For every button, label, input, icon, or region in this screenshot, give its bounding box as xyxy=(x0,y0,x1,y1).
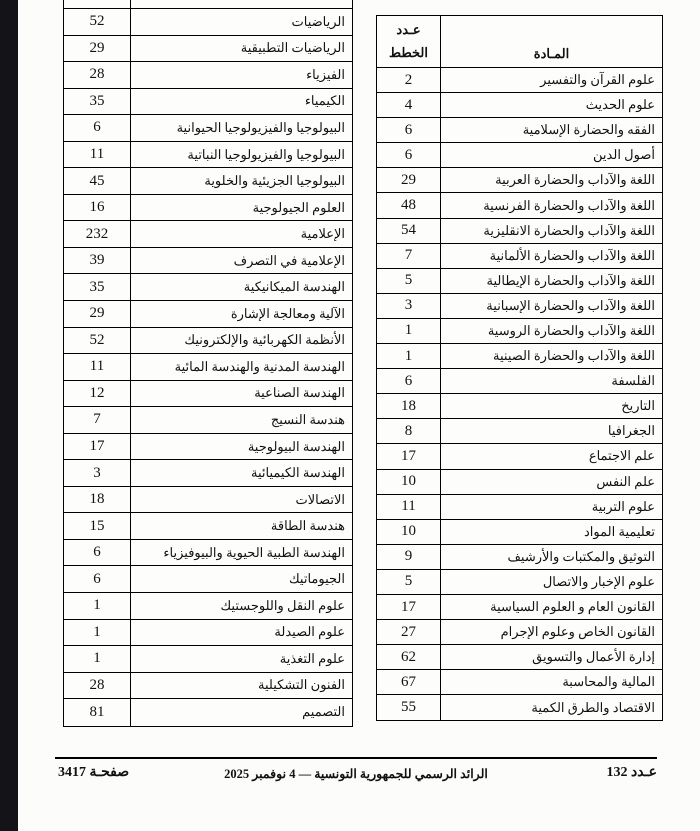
subject-cell: البيولوجيا والفيزيولوجيا الحيوانية xyxy=(131,115,352,141)
subject-cell: علوم القرآن والتفسير xyxy=(441,68,662,92)
positions-count-cell: 12 xyxy=(64,381,131,407)
positions-count-cell: 62 xyxy=(377,645,441,669)
table-row: 16العلوم الجيولوجية xyxy=(64,195,352,222)
table-row: 17القانون العام و العلوم السياسية xyxy=(377,595,662,620)
positions-count-cell: 232 xyxy=(64,221,131,247)
subject-cell: علوم الإخبار والاتصال xyxy=(441,570,662,594)
positions-count-cell: 6 xyxy=(64,566,131,592)
positions-count-cell: 5 xyxy=(377,570,441,594)
subject-cell: علم النفس xyxy=(441,470,662,494)
subject-cell: اللغة والآداب والحضارة العربية xyxy=(441,168,662,192)
table-row: 232الإعلامية xyxy=(64,221,352,248)
table-row: 7اللغة والآداب والحضارة الألمانية xyxy=(377,244,662,269)
table-row: 11علوم التربية xyxy=(377,495,662,520)
positions-count-cell: 81 xyxy=(64,699,131,726)
positions-count-cell: 18 xyxy=(377,394,441,418)
table-row: 1علوم الصيدلة xyxy=(64,620,352,647)
positions-count-cell: 1 xyxy=(64,620,131,646)
positions-count-cell: 15 xyxy=(64,513,131,539)
subject-cell: التاريخ xyxy=(441,394,662,418)
footer-rule xyxy=(55,757,657,759)
positions-count-cell: 11 xyxy=(64,354,131,380)
table-row: 29الآلية ومعالجة الإشارة xyxy=(64,301,352,328)
subject-cell: الجيوماتيك xyxy=(131,566,352,592)
table-row: 1اللغة والآداب والحضارة الروسية xyxy=(377,319,662,344)
positions-count-cell: 28 xyxy=(64,673,131,699)
subject-cell: الهندسة الطبية الحيوية والبيوفيزياء xyxy=(131,540,352,566)
table-row: 7هندسة النسيج xyxy=(64,407,352,434)
table-row: 4علوم الحديث xyxy=(377,93,662,118)
subject-cell: الهندسة البيولوجية xyxy=(131,434,352,460)
table-row: 11البيولوجيا والفيزيولوجيا النباتية xyxy=(64,142,352,169)
table-header-row: عـدد الخطط المـادة xyxy=(377,16,662,68)
subjects-table-left: 52الرياضيات29الرياضيات التطبيقية28الفيزي… xyxy=(63,0,353,727)
positions-count-cell: 11 xyxy=(377,495,441,519)
subject-cell: اللغة والآداب والحضارة الإسبانية xyxy=(441,294,662,318)
table-row: 6الفلسفة xyxy=(377,369,662,394)
positions-count-cell: 6 xyxy=(377,118,441,142)
footer-journal-title: الرائد الرسمي للجمهورية التونسية — 4 نوف… xyxy=(55,766,657,782)
positions-count-cell: 17 xyxy=(377,444,441,468)
positions-count-cell: 54 xyxy=(377,219,441,243)
subject-cell: الإعلامية xyxy=(131,221,352,247)
table-row: 62إدارة الأعمال والتسويق xyxy=(377,645,662,670)
table-row: 15هندسة الطاقة xyxy=(64,513,352,540)
table-row: 54اللغة والآداب والحضارة الانقليزية xyxy=(377,219,662,244)
table-row: 17الهندسة البيولوجية xyxy=(64,434,352,461)
positions-count-cell: 29 xyxy=(377,168,441,192)
subject-cell: الهندسة الميكانيكية xyxy=(131,274,352,300)
subject-cell: القانون العام و العلوم السياسية xyxy=(441,595,662,619)
table-row: 10تعليمية المواد xyxy=(377,520,662,545)
subject-cell: الفنون التشكيلية xyxy=(131,673,352,699)
subject-header: المـادة xyxy=(441,16,662,67)
subject-cell: البيولوجيا الجزيئية والخلوية xyxy=(131,168,352,194)
positions-count-cell: 17 xyxy=(377,595,441,619)
subject-cell: اللغة والآداب والحضارة الصينية xyxy=(441,344,662,368)
positions-count-cell xyxy=(64,0,131,8)
table-row: 28الفيزياء xyxy=(64,62,352,89)
positions-count-cell: 18 xyxy=(64,487,131,513)
subject-cell: الاتصالات xyxy=(131,487,352,513)
positions-count-cell: 1 xyxy=(377,344,441,368)
subject-cell: البيولوجيا والفيزيولوجيا النباتية xyxy=(131,142,352,168)
table-row: 1اللغة والآداب والحضارة الصينية xyxy=(377,344,662,369)
subject-cell: اللغة والآداب والحضارة الروسية xyxy=(441,319,662,343)
positions-count-cell: 35 xyxy=(64,274,131,300)
table-row: 8الجغرافيا xyxy=(377,419,662,444)
subject-cell: تعليمية المواد xyxy=(441,520,662,544)
subject-cell: القانون الخاص وعلوم الإجرام xyxy=(441,620,662,644)
table-row: 29الرياضيات التطبيقية xyxy=(64,36,352,63)
subject-cell: اللغة والآداب والحضارة الألمانية xyxy=(441,244,662,268)
subject-cell: الجغرافيا xyxy=(441,419,662,443)
table-row: 1علوم النقل واللوجستيك xyxy=(64,593,352,620)
table-row: 6الجيوماتيك xyxy=(64,566,352,593)
positions-count-cell: 10 xyxy=(377,520,441,544)
positions-count-cell: 6 xyxy=(64,115,131,141)
table-row: 48اللغة والآداب والحضارة الفرنسية xyxy=(377,193,662,218)
table-row: 39الإعلامية في التصرف xyxy=(64,248,352,275)
table-row: 28الفنون التشكيلية xyxy=(64,673,352,700)
positions-count-cell: 1 xyxy=(64,593,131,619)
subject-cell: علوم الصيدلة xyxy=(131,620,352,646)
table-row: 6أصول الدين xyxy=(377,143,662,168)
subject-cell: الرياضيات التطبيقية xyxy=(131,36,352,62)
table-row: 6الفقه والحضارة الإسلامية xyxy=(377,118,662,143)
table-row: 81التصميم xyxy=(64,699,352,726)
cutoff-row xyxy=(64,0,352,9)
positions-count-cell: 28 xyxy=(64,62,131,88)
subject-cell: علوم الحديث xyxy=(441,93,662,117)
positions-count-cell: 67 xyxy=(377,670,441,694)
table-row: 9التوثيق والمكتبات والأرشيف xyxy=(377,545,662,570)
subject-cell: اللغة والآداب والحضارة الإيطالية xyxy=(441,269,662,293)
positions-count-cell: 3 xyxy=(377,294,441,318)
table-row: 5اللغة والآداب والحضارة الإيطالية xyxy=(377,269,662,294)
subject-cell: الفلسفة xyxy=(441,369,662,393)
positions-count-cell: 55 xyxy=(377,695,441,720)
positions-count-cell: 29 xyxy=(64,301,131,327)
positions-count-cell: 5 xyxy=(377,269,441,293)
table-row: 35الكيمياء xyxy=(64,89,352,116)
table-row: 2علوم القرآن والتفسير xyxy=(377,68,662,93)
positions-count-cell: 16 xyxy=(64,195,131,221)
subject-cell: أصول الدين xyxy=(441,143,662,167)
subject-cell: إدارة الأعمال والتسويق xyxy=(441,645,662,669)
positions-count-header-line1: عـدد xyxy=(396,19,420,42)
positions-count-cell: 1 xyxy=(377,319,441,343)
subject-cell: علوم التربية xyxy=(441,495,662,519)
positions-count-cell: 2 xyxy=(377,68,441,92)
table-row: 3اللغة والآداب والحضارة الإسبانية xyxy=(377,294,662,319)
table-row: 29اللغة والآداب والحضارة العربية xyxy=(377,168,662,193)
subject-cell: الهندسة المدنية والهندسة المائية xyxy=(131,354,352,380)
footer-page-number: صفحـة 3417 xyxy=(58,764,129,781)
positions-count-cell: 29 xyxy=(64,36,131,62)
subject-cell: الهندسة الصناعية xyxy=(131,381,352,407)
positions-count-cell: 7 xyxy=(377,244,441,268)
positions-count-cell: 8 xyxy=(377,419,441,443)
table-row: 45البيولوجيا الجزيئية والخلوية xyxy=(64,168,352,195)
table-row: 6الهندسة الطبية الحيوية والبيوفيزياء xyxy=(64,540,352,567)
positions-count-cell: 3 xyxy=(64,460,131,486)
table-row: 12الهندسة الصناعية xyxy=(64,381,352,408)
positions-count-cell: 6 xyxy=(64,540,131,566)
table-row: 6البيولوجيا والفيزيولوجيا الحيوانية xyxy=(64,115,352,142)
table-row: 55الاقتصاد والطرق الكمية xyxy=(377,695,662,720)
table-row: 27القانون الخاص وعلوم الإجرام xyxy=(377,620,662,645)
positions-count-cell: 9 xyxy=(377,545,441,569)
subject-cell: علوم التغذية xyxy=(131,646,352,672)
subject-cell: الأنظمة الكهربائية والإلكترونيك xyxy=(131,328,352,354)
subjects-table-right: عـدد الخطط المـادة 2علوم القرآن والتفسير… xyxy=(376,15,663,721)
subject-cell: اللغة والآداب والحضارة الانقليزية xyxy=(441,219,662,243)
table-row: 11الهندسة المدنية والهندسة المائية xyxy=(64,354,352,381)
subject-cell: الفقه والحضارة الإسلامية xyxy=(441,118,662,142)
subject-cell xyxy=(131,0,352,8)
positions-count-cell: 27 xyxy=(377,620,441,644)
subject-cell: هندسة الطاقة xyxy=(131,513,352,539)
table-row: 52الأنظمة الكهربائية والإلكترونيك xyxy=(64,328,352,355)
subject-cell: هندسة النسيج xyxy=(131,407,352,433)
table-row: 35الهندسة الميكانيكية xyxy=(64,274,352,301)
positions-count-cell: 1 xyxy=(64,646,131,672)
table-row: 17علم الاجتماع xyxy=(377,444,662,469)
positions-count-cell: 39 xyxy=(64,248,131,274)
positions-count-cell: 6 xyxy=(377,143,441,167)
scan-edge-bar xyxy=(0,0,18,831)
subject-cell: الفيزياء xyxy=(131,62,352,88)
positions-count-cell: 4 xyxy=(377,93,441,117)
table-row: 10علم النفس xyxy=(377,470,662,495)
table-row: 1علوم التغذية xyxy=(64,646,352,673)
positions-count-cell: 11 xyxy=(64,142,131,168)
subject-cell: الاقتصاد والطرق الكمية xyxy=(441,695,662,720)
positions-count-cell: 48 xyxy=(377,193,441,217)
positions-count-cell: 17 xyxy=(64,434,131,460)
table-row: 5علوم الإخبار والاتصال xyxy=(377,570,662,595)
positions-count-cell: 35 xyxy=(64,89,131,115)
subject-cell: التوثيق والمكتبات والأرشيف xyxy=(441,545,662,569)
positions-count-header-line2: الخطط xyxy=(389,42,428,65)
subject-cell: اللغة والآداب والحضارة الفرنسية xyxy=(441,193,662,217)
subject-cell: علم الاجتماع xyxy=(441,444,662,468)
subject-cell: الكيمياء xyxy=(131,89,352,115)
table-row: 18الاتصالات xyxy=(64,487,352,514)
positions-count-cell: 10 xyxy=(377,470,441,494)
table-row: 3الهندسة الكيميائية xyxy=(64,460,352,487)
positions-count-cell: 6 xyxy=(377,369,441,393)
subject-cell: المالية والمحاسبة xyxy=(441,670,662,694)
positions-count-cell: 45 xyxy=(64,168,131,194)
subject-cell: العلوم الجيولوجية xyxy=(131,195,352,221)
table-row: 52الرياضيات xyxy=(64,9,352,36)
table-row: 67المالية والمحاسبة xyxy=(377,670,662,695)
subject-cell: الرياضيات xyxy=(131,9,352,35)
subject-cell: الإعلامية في التصرف xyxy=(131,248,352,274)
positions-count-cell: 52 xyxy=(64,328,131,354)
subject-cell: الهندسة الكيميائية xyxy=(131,460,352,486)
subject-cell: علوم النقل واللوجستيك xyxy=(131,593,352,619)
positions-count-cell: 52 xyxy=(64,9,131,35)
positions-count-header: عـدد الخطط xyxy=(377,16,441,67)
positions-count-cell: 7 xyxy=(64,407,131,433)
subject-cell: التصميم xyxy=(131,699,352,726)
subject-cell: الآلية ومعالجة الإشارة xyxy=(131,301,352,327)
table-row: 18التاريخ xyxy=(377,394,662,419)
